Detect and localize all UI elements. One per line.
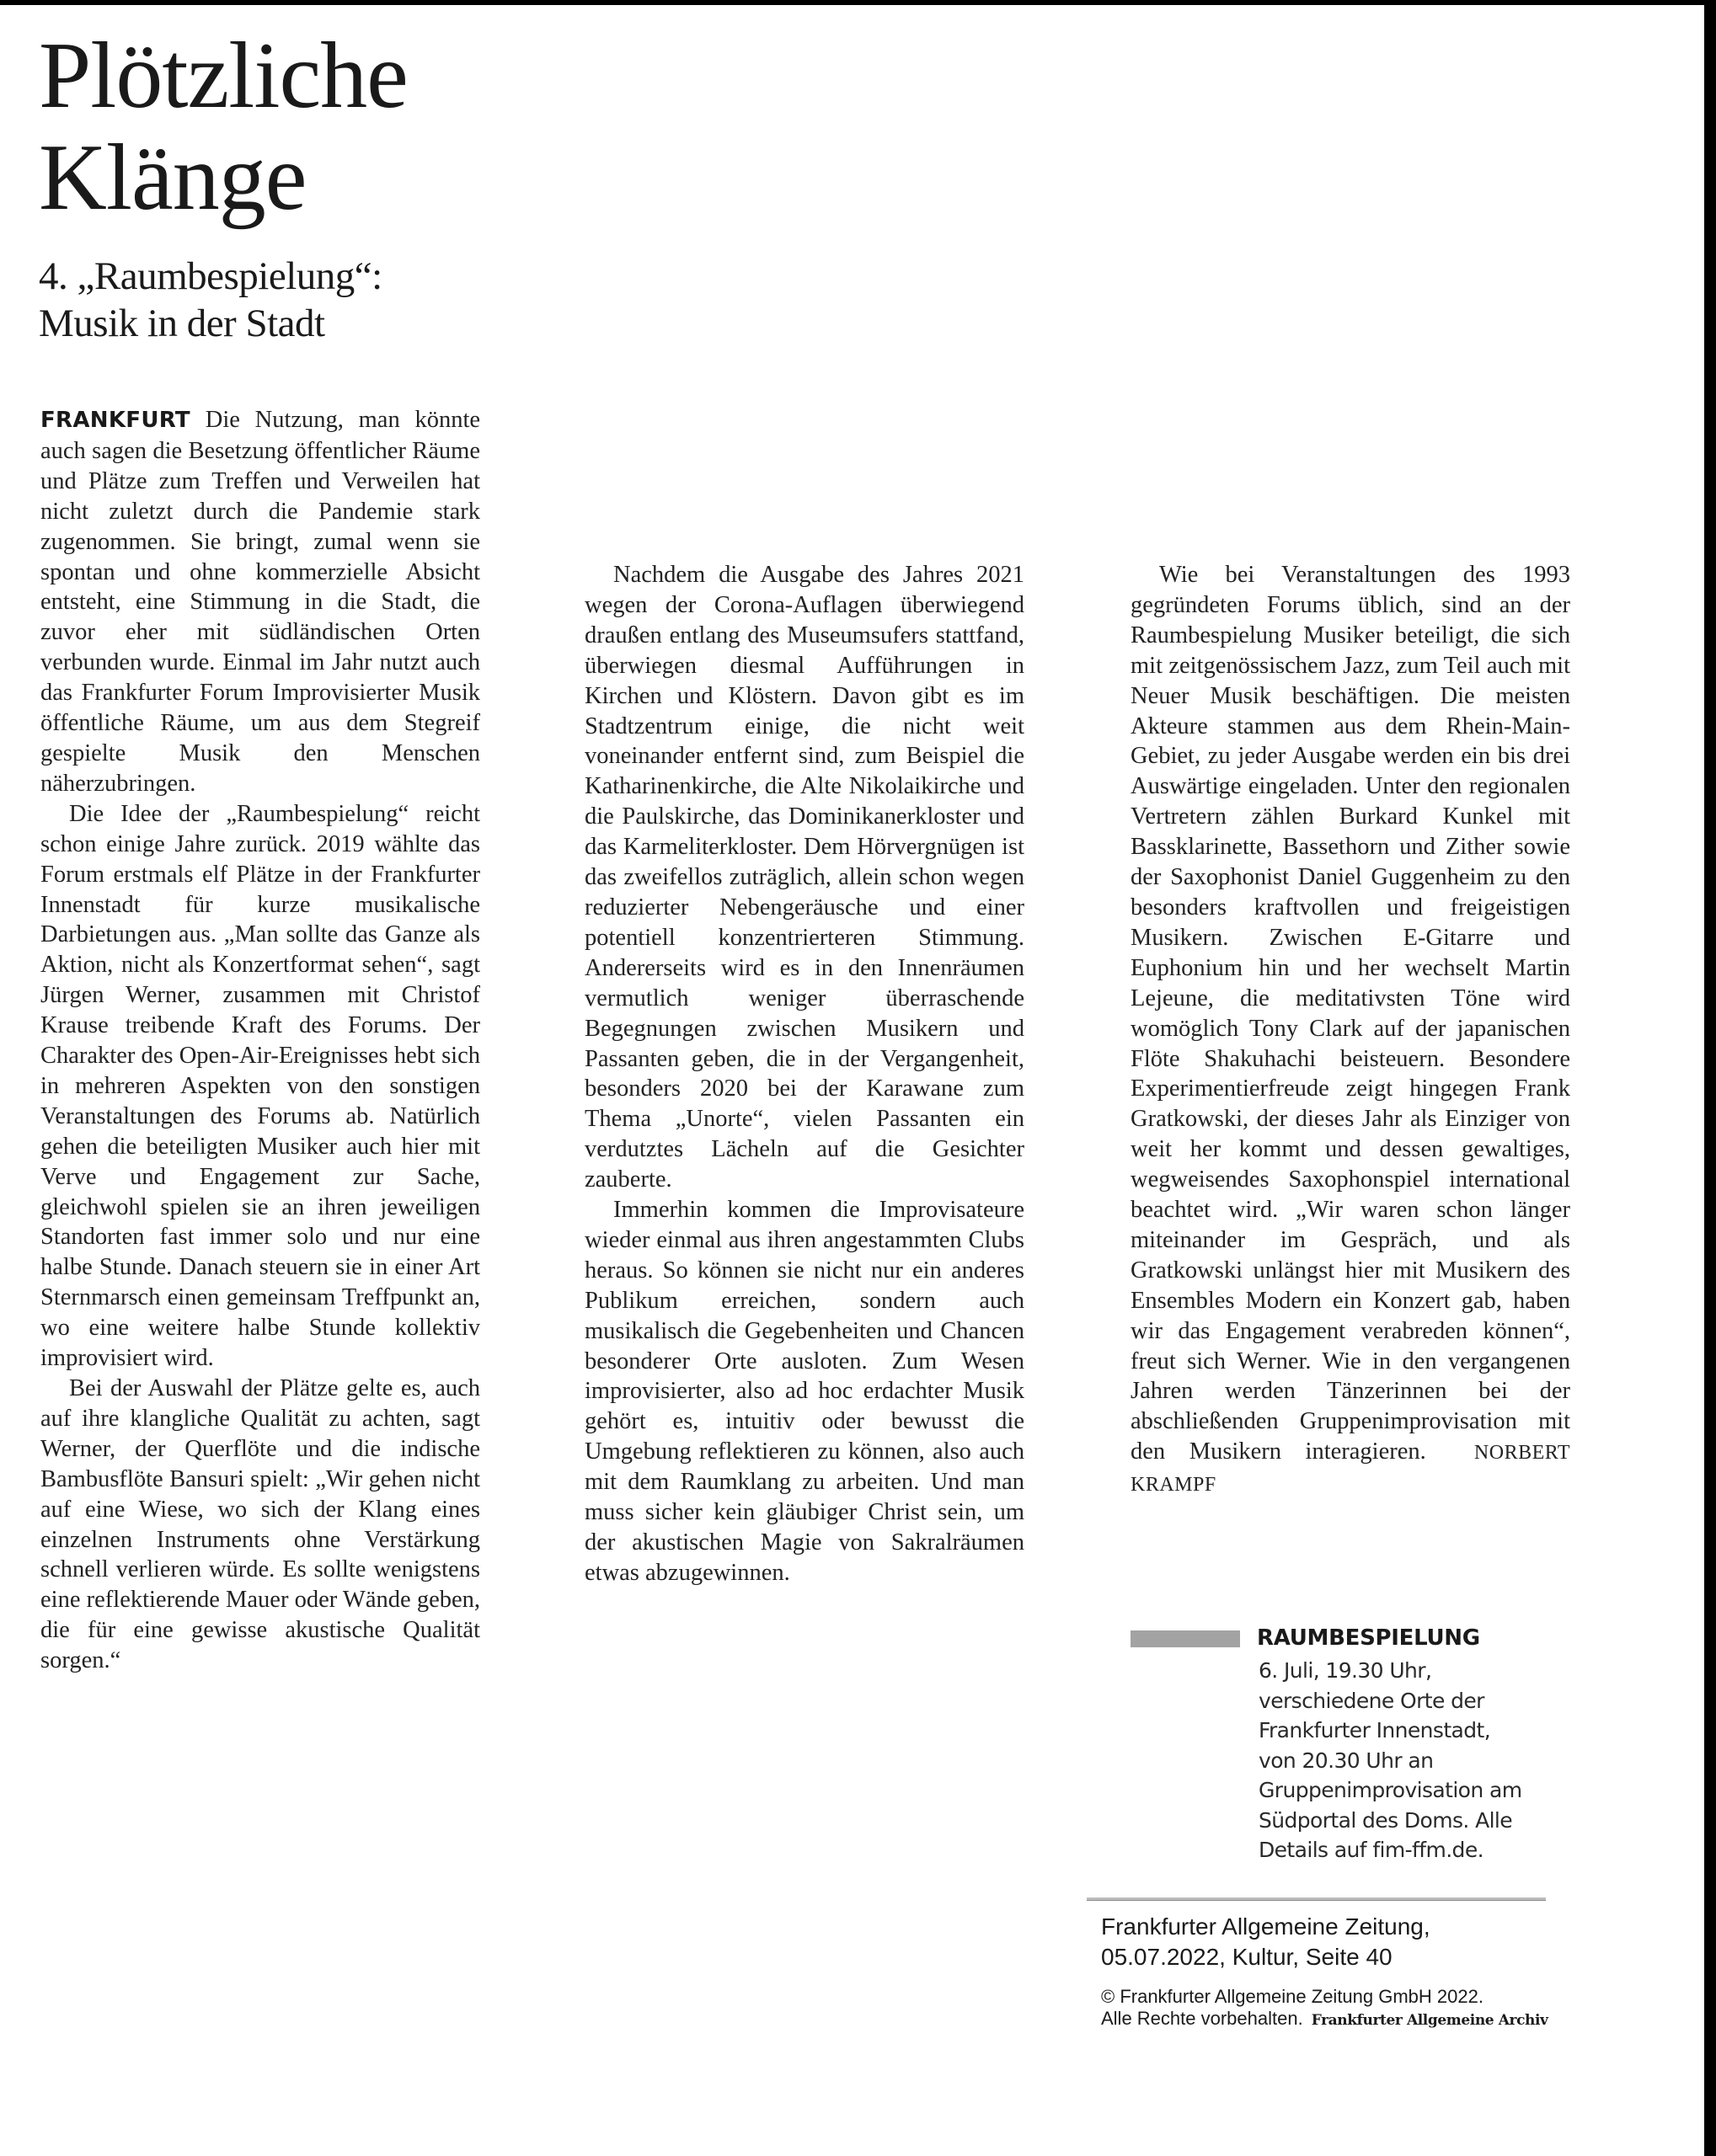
paragraph: Bei der Auswahl der Plätze gelte es, auc… <box>40 1374 480 1676</box>
paragraph: Die Idee der „Raumbespielung“ reicht sch… <box>40 799 480 1374</box>
infobox-line: Gruppenimprovisation am <box>1259 1775 1579 1806</box>
article-column-3: Wie bei Veranstaltungen des 1993 gegründ… <box>1131 560 1570 1501</box>
dateline: FRANKFURT <box>40 408 190 433</box>
infobox-line: Südportal des Doms. Alle <box>1259 1806 1579 1836</box>
footer-divider <box>1087 1897 1546 1901</box>
rights-reserved-text: Alle Rechte vorbehalten. <box>1101 2008 1303 2029</box>
paragraph-text: Die Nutzung, man könnte auch sagen die B… <box>40 407 480 797</box>
copyright-line-2: Alle Rechte vorbehalten.Frankfurter Allg… <box>1101 2008 1548 2031</box>
subhead-line-2: Musik in der Stadt <box>39 302 325 345</box>
paragraph: Wie bei Veranstaltungen des 1993 gegründ… <box>1131 560 1570 1501</box>
infobox-line: 6. Juli, 19.30 Uhr, <box>1259 1656 1579 1686</box>
copyright-line-1: © Frankfurter Allgemeine Zeitung GmbH 20… <box>1101 1986 1548 2008</box>
article-column-1: FRANKFURT Die Nutzung, man könnte auch s… <box>40 405 480 1676</box>
source-line-1: Frankfurter Allgemeine Zeitung, <box>1101 1912 1430 1942</box>
copyright-notice: © Frankfurter Allgemeine Zeitung GmbH 20… <box>1101 1986 1548 2031</box>
source-citation: Frankfurter Allgemeine Zeitung, 05.07.20… <box>1101 1912 1430 1972</box>
article-headline: Plötzliche Klänge <box>39 25 408 229</box>
article-column-2: Nachdem die Ausgabe des Jahres 2021 wege… <box>585 560 1024 1588</box>
headline-line-2: Klänge <box>39 125 306 230</box>
paragraph: Immerhin kommen die Improvisateure wiede… <box>585 1195 1024 1588</box>
infobox-line: von 20.30 Uhr an <box>1259 1746 1579 1776</box>
subhead-line-1: 4. „Raumbespielung“: <box>39 254 382 298</box>
article-subhead: 4. „Raumbespielung“: Musik in der Stadt <box>39 253 382 347</box>
infobox-line: Frankfurter Innenstadt, <box>1259 1716 1579 1746</box>
infobox-line: Details auf fim-ffm.de. <box>1259 1835 1579 1865</box>
infobox-body: 6. Juli, 19.30 Uhr, verschiedene Orte de… <box>1259 1656 1579 1865</box>
headline-line-1: Plötzliche <box>39 24 408 128</box>
infobox-line: verschiedene Orte der <box>1259 1686 1579 1716</box>
source-line-2: 05.07.2022, Kultur, Seite 40 <box>1101 1942 1430 1972</box>
scan-border-top <box>0 0 1716 5</box>
paragraph: Nachdem die Ausgabe des Jahres 2021 wege… <box>585 560 1024 1195</box>
infobox-title: RAUMBESPIELUNG <box>1257 1625 1480 1651</box>
archive-logo: Frankfurter Allgemeine Archiv <box>1312 2012 1548 2029</box>
paragraph: FRANKFURT Die Nutzung, man könnte auch s… <box>40 405 480 799</box>
scan-border-right <box>1704 0 1716 2156</box>
paragraph-text: Wie bei Veranstaltungen des 1993 gegründ… <box>1131 562 1570 1465</box>
infobox-accent-bar <box>1131 1630 1240 1647</box>
